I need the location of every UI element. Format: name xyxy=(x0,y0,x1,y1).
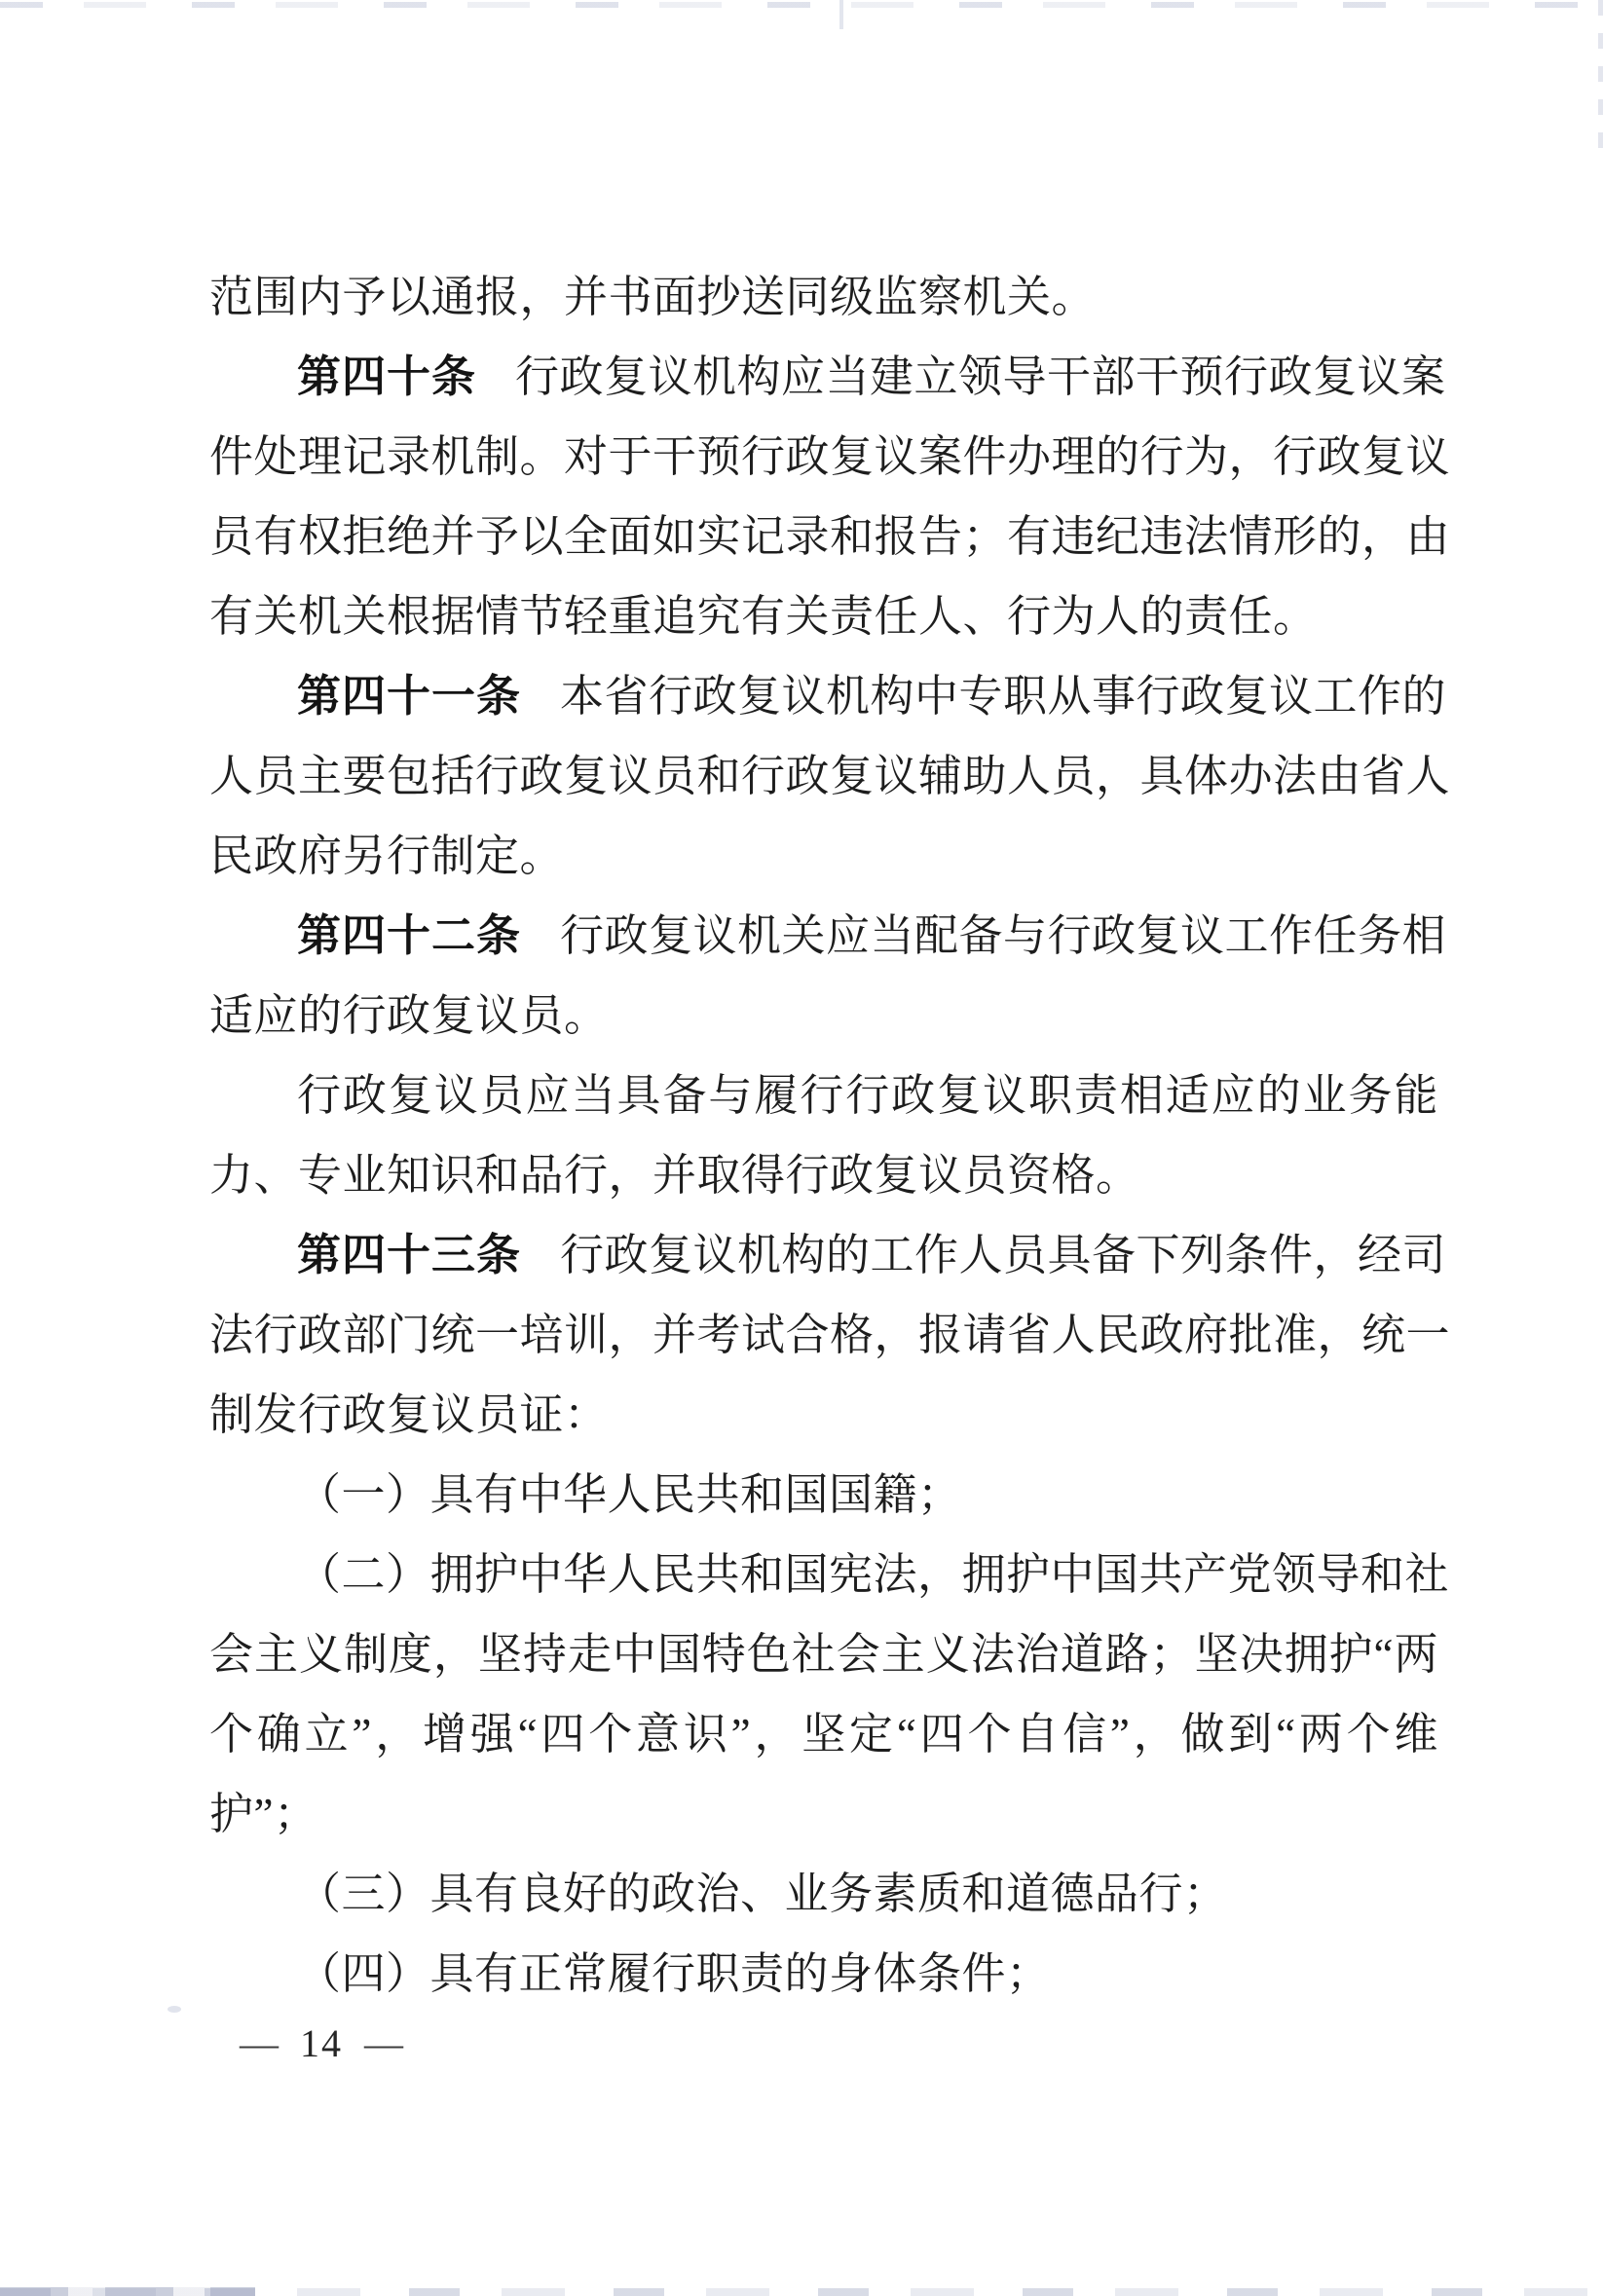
text-line: （三）具有良好的政治、业务素质和道德品行； xyxy=(209,1854,1438,1934)
article-number: 第四十条 xyxy=(297,351,476,402)
scan-artifact-top-edge xyxy=(0,2,1603,8)
text-line: 件处理记录机制。对于干预行政复议案件办理的行为，行政复议 xyxy=(209,417,1438,497)
text-line: 适应的行政复议员。 xyxy=(209,976,1438,1055)
text-line: （四）具有正常履行职责的身体条件； xyxy=(209,1934,1438,2014)
article-number: 第四十二条 xyxy=(297,909,521,961)
text-line: 个确立”，增强“四个意识”，坚定“四个自信”，做到“两个维 xyxy=(209,1694,1438,1774)
scan-artifact-speck xyxy=(168,2006,181,2013)
footer-dash-right: — xyxy=(364,2020,403,2066)
scanned-document-page: 范围内予以通报，并书面抄送同级监察机关。第四十条行政复议机构应当建立领导干部干预… xyxy=(0,0,1603,2296)
text-line: 员有权拒绝并予以全面如实记录和报告；有违纪违法情形的，由 xyxy=(209,497,1438,576)
scan-artifact-right-edge xyxy=(1598,0,1603,166)
text-line: 第四十二条行政复议机关应当配备与行政复议工作任务相 xyxy=(209,896,1438,976)
document-body: 范围内予以通报，并书面抄送同级监察机关。第四十条行政复议机构应当建立领导干部干预… xyxy=(209,257,1438,2014)
text-line: 民政府另行制定。 xyxy=(209,816,1438,896)
text-line: 法行政部门统一培训，并考试合格，报请省人民政府批准，统一 xyxy=(209,1295,1438,1375)
article-number: 第四十一条 xyxy=(297,670,521,722)
text-line: 力、专业知识和品行，并取得行政复议员资格。 xyxy=(209,1135,1438,1215)
text-line: 有关机关根据情节轻重追究有关责任人、行为人的责任。 xyxy=(209,576,1438,656)
scan-artifact-fold-mark xyxy=(839,0,843,29)
text-line: 行政复议员应当具备与履行行政复议职责相适应的业务能 xyxy=(209,1055,1438,1135)
article-number: 第四十三条 xyxy=(297,1229,521,1280)
text-line: 制发行政复议员证： xyxy=(209,1375,1438,1455)
page-number: 14 xyxy=(300,2020,343,2066)
text-line: 第四十一条本省行政复议机构中专职从事行政复议工作的 xyxy=(209,656,1438,736)
page-footer: — 14 — xyxy=(240,2021,403,2064)
text-line: 第四十条行政复议机构应当建立领导干部干预行政复议案 xyxy=(209,337,1438,417)
text-line: 第四十三条行政复议机构的工作人员具备下列条件，经司 xyxy=(209,1215,1438,1295)
text-line: 人员主要包括行政复议员和行政复议辅助人员，具体办法由省人 xyxy=(209,736,1438,816)
footer-dash-left: — xyxy=(240,2020,279,2066)
text-line: 护”； xyxy=(209,1774,1438,1854)
text-line: （一）具有中华人民共和国国籍； xyxy=(209,1455,1438,1535)
text-line: （二）拥护中华人民共和国宪法，拥护中国共产党领导和社 xyxy=(209,1535,1438,1614)
scan-artifact-bottom-left xyxy=(0,2287,255,2296)
text-line: 会主义制度，坚持走中国特色社会主义法治道路；坚决拥护“两 xyxy=(209,1614,1438,1694)
text-line: 范围内予以通报，并书面抄送同级监察机关。 xyxy=(209,257,1438,337)
